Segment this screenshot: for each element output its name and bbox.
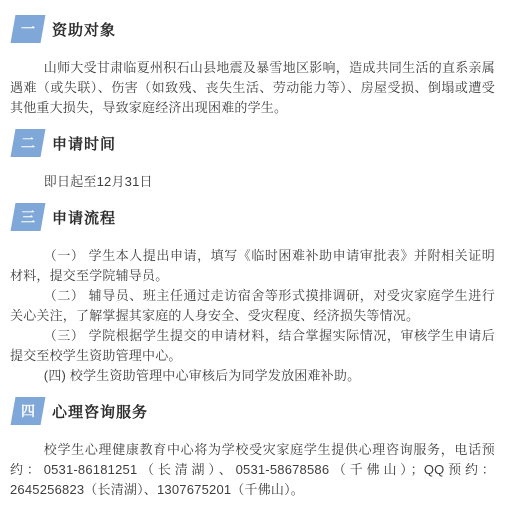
paragraph-step-2: （二） 辅导员、班主任通过走访宿舍等形式摸排调研，对受灾家庭学生进行关心关注，了… [10,286,495,326]
section-title: 心理咨询服务 [52,401,148,422]
section-application-time: 二 申请时间 即日起至12月31日 [10,129,495,192]
section-number: 一 [21,22,35,36]
section-number-badge: 四 [11,397,46,425]
section-number-badge: 二 [11,129,46,157]
paragraph: 山师大受甘肃临夏州积石山县地震及暴雪地区影响，造成共同生活的直系亲属遇难（或失联… [10,58,495,118]
section-title: 申请时间 [52,133,116,154]
section-number-badge: 一 [11,15,46,43]
section-heading: 四 心理咨询服务 [10,397,495,425]
document-page: 一 资助对象 山师大受甘肃临夏州积石山县地震及暴雪地区影响，造成共同生活的直系亲… [0,0,510,506]
section-aid-targets: 一 资助对象 山师大受甘肃临夏州积石山县地震及暴雪地区影响，造成共同生活的直系亲… [10,15,495,118]
paragraph-step-3: （三） 学院根据学生提交的申请材料，结合掌握实际情况，审核学生申请后提交至校学生… [10,326,495,366]
section-application-process: 三 申请流程 （一） 学生本人提出申请，填写《临时困难补助申请审批表》并附相关证… [10,203,495,386]
section-heading: 二 申请时间 [10,129,495,157]
paragraph: 校学生心理健康教育中心将为学校受灾家庭学生提供心理咨询服务，电话预约：0531-… [10,440,495,500]
section-counseling-service: 四 心理咨询服务 校学生心理健康教育中心将为学校受灾家庭学生提供心理咨询服务，电… [10,397,495,500]
section-title: 资助对象 [52,19,116,40]
section-heading: 三 申请流程 [10,203,495,231]
section-number: 二 [21,136,35,150]
section-title: 申请流程 [52,207,116,228]
section-heading: 一 资助对象 [10,15,495,43]
paragraph-step-4: (四) 校学生资助管理中心审核后为同学发放困难补助。 [10,366,495,386]
paragraph-step-1: （一） 学生本人提出申请，填写《临时困难补助申请审批表》并附相关证明材料，提交至… [10,246,495,286]
section-number: 四 [21,404,35,418]
paragraph: 即日起至12月31日 [10,172,495,192]
section-number-badge: 三 [11,203,46,231]
section-number: 三 [21,210,35,224]
